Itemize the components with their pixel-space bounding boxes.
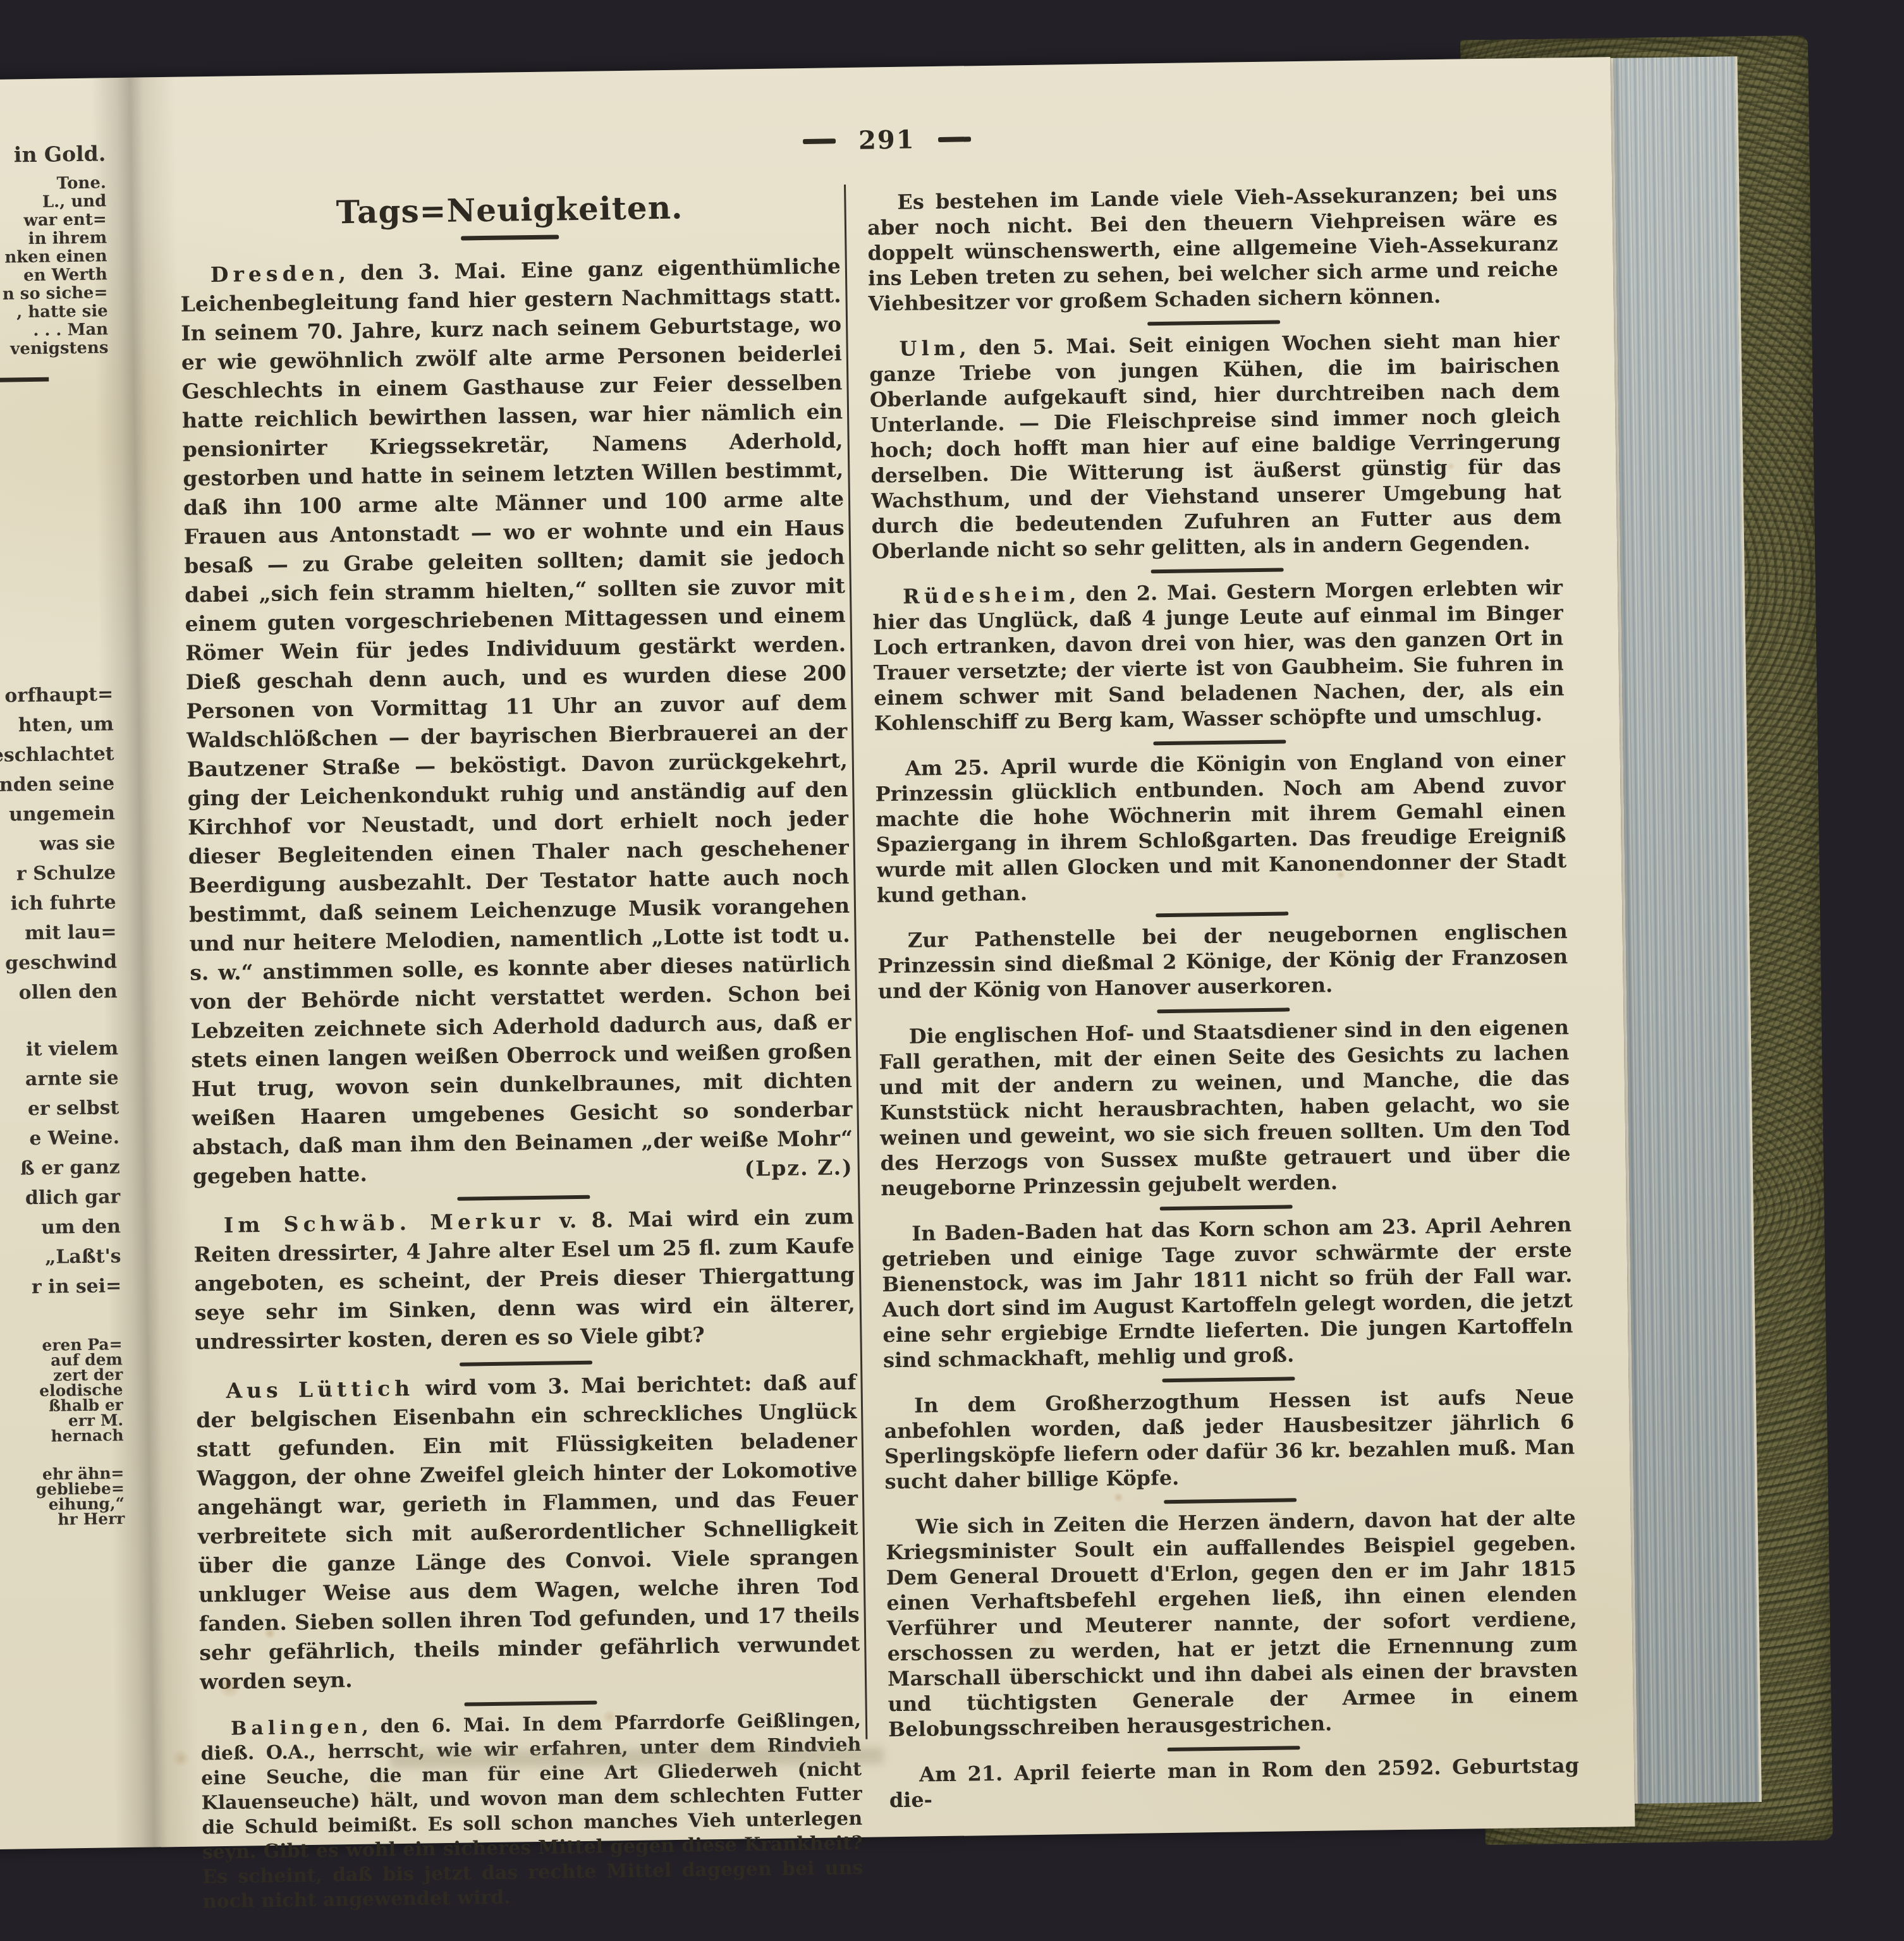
article-koenigin-england: Am 25. April wurde die Königin von Engla… (875, 746, 1567, 908)
page-paper: in Gold. Tone. L., und war ent= in ihrem… (0, 57, 1635, 1849)
article-separator (1147, 320, 1280, 326)
facing-page-fragment-low2: ehr ähn= gebliebe= eihung,“ hr Herr (0, 1466, 152, 1529)
article-ulm-text: Seit einigen Wochen sieht man hier ganze… (869, 327, 1562, 563)
left-column: Tags=Neuigkeiten. Dresden, den 3. Mai. E… (179, 188, 864, 1914)
article-separator (1151, 568, 1284, 573)
article-esel-lead: Im Schwäb. Merkur (224, 1208, 545, 1238)
page-edges (1610, 56, 1762, 1804)
article-rom-geburtstag: Am 21. April feierte man in Rom den 2592… (889, 1753, 1580, 1813)
article-dresden: Dresden, den 3. Mai. Eine ganz eigenthüm… (180, 252, 853, 1191)
article-separator (1156, 911, 1288, 917)
article-separator (1164, 1498, 1297, 1504)
facing-page-fragment-low1: eren Pa= auf dem zert der elodische ßhal… (0, 1337, 150, 1445)
article-separator (1162, 1377, 1295, 1382)
article-assekuranz-text: Es bestehen im Lande viele Vieh-Assekura… (867, 181, 1559, 315)
page-291: 291 Tags=Neuigkeiten. Dresden, den 3. Ma… (178, 114, 1556, 133)
article-baden-baden-text: In Baden-Baden hat das Korn schon am 23.… (882, 1212, 1573, 1372)
article-dresden-place: Dresden (211, 260, 339, 287)
article-luettich-text: wird vom 3. Mai berichtet: daß auf der b… (196, 1370, 860, 1695)
facing-page-rule (0, 377, 49, 383)
article-dresden-text: Eine ganz eigenthümliche Leichenbegleitu… (180, 253, 853, 1188)
header-dash-left (803, 138, 836, 144)
facing-page-fragment-top: Tone. L., und war ent= in ihrem nken ein… (0, 174, 135, 360)
section-title: Tags=Neuigkeiten. (179, 188, 840, 233)
article-separator (464, 1701, 597, 1707)
open-book: in Gold. Tone. L., und war ent= in ihrem… (0, 54, 1833, 1850)
article-ruedesheim-date: , den 2. Mai. (1069, 580, 1217, 606)
article-balingen-place: Balingen (231, 1716, 362, 1740)
article-ulm: Ulm, den 5. Mai. Seit einigen Wochen sie… (869, 327, 1562, 564)
article-hofdiener-text: Die englischen Hof- und Staatsdiener sin… (879, 1015, 1571, 1200)
article-dresden-date: , den 3. Mai. (338, 259, 506, 286)
article-pathenstelle: Zur Pathenstelle bei der neugebornen eng… (877, 918, 1568, 1004)
title-rule (461, 234, 559, 240)
article-hofdiener: Die englischen Hof- und Staatsdiener sin… (879, 1014, 1571, 1201)
article-balingen-text: In dem Pfarrdorfe Geißlingen, dieß. O.A.… (200, 1709, 863, 1913)
page-number: 291 (780, 125, 907, 157)
article-assekuranz: Es bestehen im Lande viele Vieh-Assekura… (867, 180, 1559, 316)
article-balingen-date: , den 6. Mai. (362, 1714, 511, 1738)
article-soult: Wie sich in Zeiten die Herzen ändern, da… (885, 1505, 1578, 1742)
article-balingen: Balingen, den 6. Mai. In dem Pfarrdorfe … (200, 1708, 864, 1914)
page-number-value: 291 (858, 125, 915, 155)
article-hessen-sperlinge: In dem Großherzogthum Hessen ist aufs Ne… (884, 1384, 1575, 1494)
article-ulm-place: Ulm (899, 336, 959, 361)
article-koenigin-england-text: Am 25. April wurde die Königin von Engla… (875, 747, 1566, 907)
article-dresden-credit: (Lpz. Z.) (714, 1153, 853, 1184)
article-separator (1168, 1746, 1300, 1751)
article-ulm-date: , den 5. Mai. (959, 334, 1116, 360)
article-esel: Im Schwäb. Merkur v. 8. Mai wird ein zum… (193, 1202, 856, 1357)
article-baden-baden: In Baden-Baden hat das Korn schon am 23.… (881, 1212, 1573, 1373)
facing-page-fragment-mid2: it vielem arnte sie er selbst e Weine. ß… (0, 1033, 149, 1303)
article-luettich: Aus Lüttich wird vom 3. Mai berichtet: d… (195, 1368, 860, 1697)
article-separator (1160, 1205, 1293, 1210)
facing-page-fragment-mid1: orfhaupt= hten, um eschlachtet nden sein… (0, 679, 144, 1009)
article-separator (457, 1195, 590, 1201)
right-column: Es bestehen im Lande viele Vieh-Assekura… (867, 180, 1580, 1813)
article-ruedesheim: Rüdesheim, den 2. Mai. Gestern Morgen er… (872, 575, 1565, 736)
article-pathenstelle-text: Zur Pathenstelle bei der neugebornen eng… (877, 919, 1568, 1003)
article-separator (1153, 739, 1286, 745)
facing-page-sliver: in Gold. Tone. L., und war ent= in ihrem… (0, 78, 156, 1850)
article-hessen-sperlinge-text: In dem Großherzogthum Hessen ist aufs Ne… (884, 1384, 1575, 1494)
article-rom-geburtstag-text: Am 21. April feierte man in Rom den 2592… (889, 1753, 1579, 1812)
facing-page-heading-fragment: in Gold. (0, 141, 133, 168)
header-dash-right (938, 137, 971, 142)
article-luettich-lead: Aus Lüttich (226, 1376, 414, 1403)
article-soult-text: Wie sich in Zeiten die Herzen ändern, da… (886, 1506, 1578, 1741)
article-separator (460, 1361, 592, 1366)
article-separator (1157, 1007, 1290, 1013)
article-ruedesheim-place: Rüdesheim (903, 582, 1070, 609)
